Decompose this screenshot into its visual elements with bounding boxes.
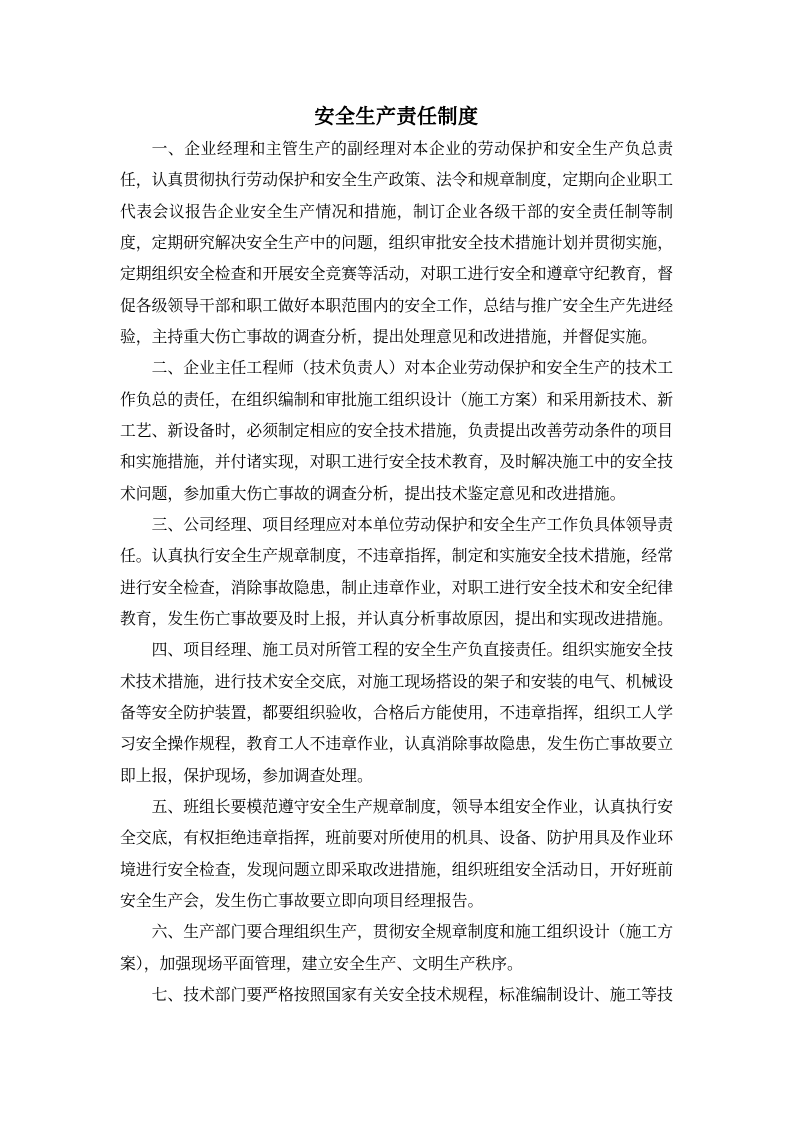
paragraph-2: 二、企业主任工程师（技术负责人）对本企业劳动保护和安全生产的技术工作负总的责任，… [120,353,673,510]
document-page: 安全生产责任制度 一、企业经理和主管生产的副经理对本企业的劳动保护和安全生产负总… [0,0,793,1122]
document-body: 一、企业经理和主管生产的副经理对本企业的劳动保护和安全生产负总责任，认真贯彻执行… [120,134,673,1011]
paragraph-5: 五、班组长要模范遵守安全生产规章制度，领导本组安全作业，认真执行安全交底，有权拒… [120,792,673,917]
paragraph-4: 四、项目经理、施工员对所管工程的安全生产负直接责任。组织实施安全技术技术措施，进… [120,635,673,792]
paragraph-3: 三、公司经理、项目经理应对本单位劳动保护和安全生产工作负具体领导责任。认真执行安… [120,510,673,635]
paragraph-1: 一、企业经理和主管生产的副经理对本企业的劳动保护和安全生产负总责任，认真贯彻执行… [120,134,673,353]
document-title: 安全生产责任制度 [120,100,673,134]
paragraph-7: 七、技术部门要严格按照国家有关安全技术规程，标准编制设计、施工等技 [120,980,673,1011]
paragraph-6: 六、生产部门要合理组织生产，贯彻安全规章制度和施工组织设计（施工方案），加强现场… [120,917,673,980]
